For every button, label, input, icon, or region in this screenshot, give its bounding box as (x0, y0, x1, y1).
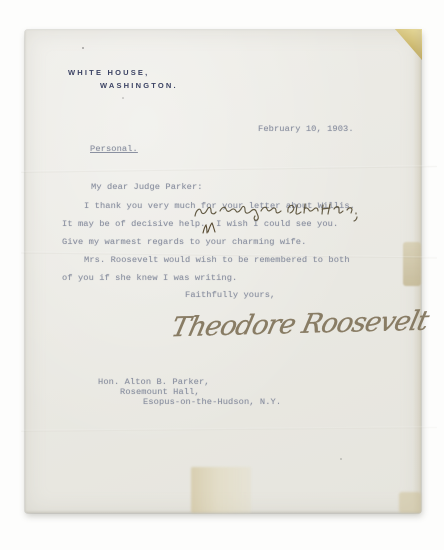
handwritten-insertion (193, 202, 363, 222)
recipient-line: Rosemount Hall, (120, 387, 200, 397)
body-line: of you if she knew I was writing. (62, 273, 237, 283)
signature-text: Theodore Roosevelt (169, 306, 433, 343)
personal-tag: Personal. (90, 144, 138, 154)
paper-speck (82, 47, 84, 49)
signature: Theodore Roosevelt (165, 300, 444, 350)
recipient-line: Esopus-on-the-Hudson, N.Y. (143, 397, 281, 407)
letter-date: February 10, 1903. (258, 124, 354, 134)
letterhead-line1: WHITE HOUSE, (68, 68, 149, 77)
body-line: Give my warmest regards to your charming… (62, 237, 306, 247)
paper-speck (340, 458, 342, 460)
insertion-caret-mark (201, 221, 217, 234)
recipient-line: Hon. Alton B. Parker, (98, 377, 210, 387)
photo-backdrop: WHITE HOUSE, WASHINGTON. February 10, 19… (0, 0, 444, 550)
letterhead-line2: WASHINGTON. (100, 81, 178, 90)
fold-crease (21, 165, 437, 173)
closing: Faithfully yours, (185, 290, 275, 300)
paper-speck (122, 97, 124, 99)
salutation: My dear Judge Parker: (91, 182, 203, 192)
paper-edge-discoloration (413, 30, 421, 513)
fold-crease (21, 426, 437, 432)
body-line: Mrs. Roosevelt would wish to be remember… (84, 255, 350, 265)
stain-bottom-center (191, 467, 251, 513)
letter-paper: WHITE HOUSE, WASHINGTON. February 10, 19… (25, 30, 421, 513)
